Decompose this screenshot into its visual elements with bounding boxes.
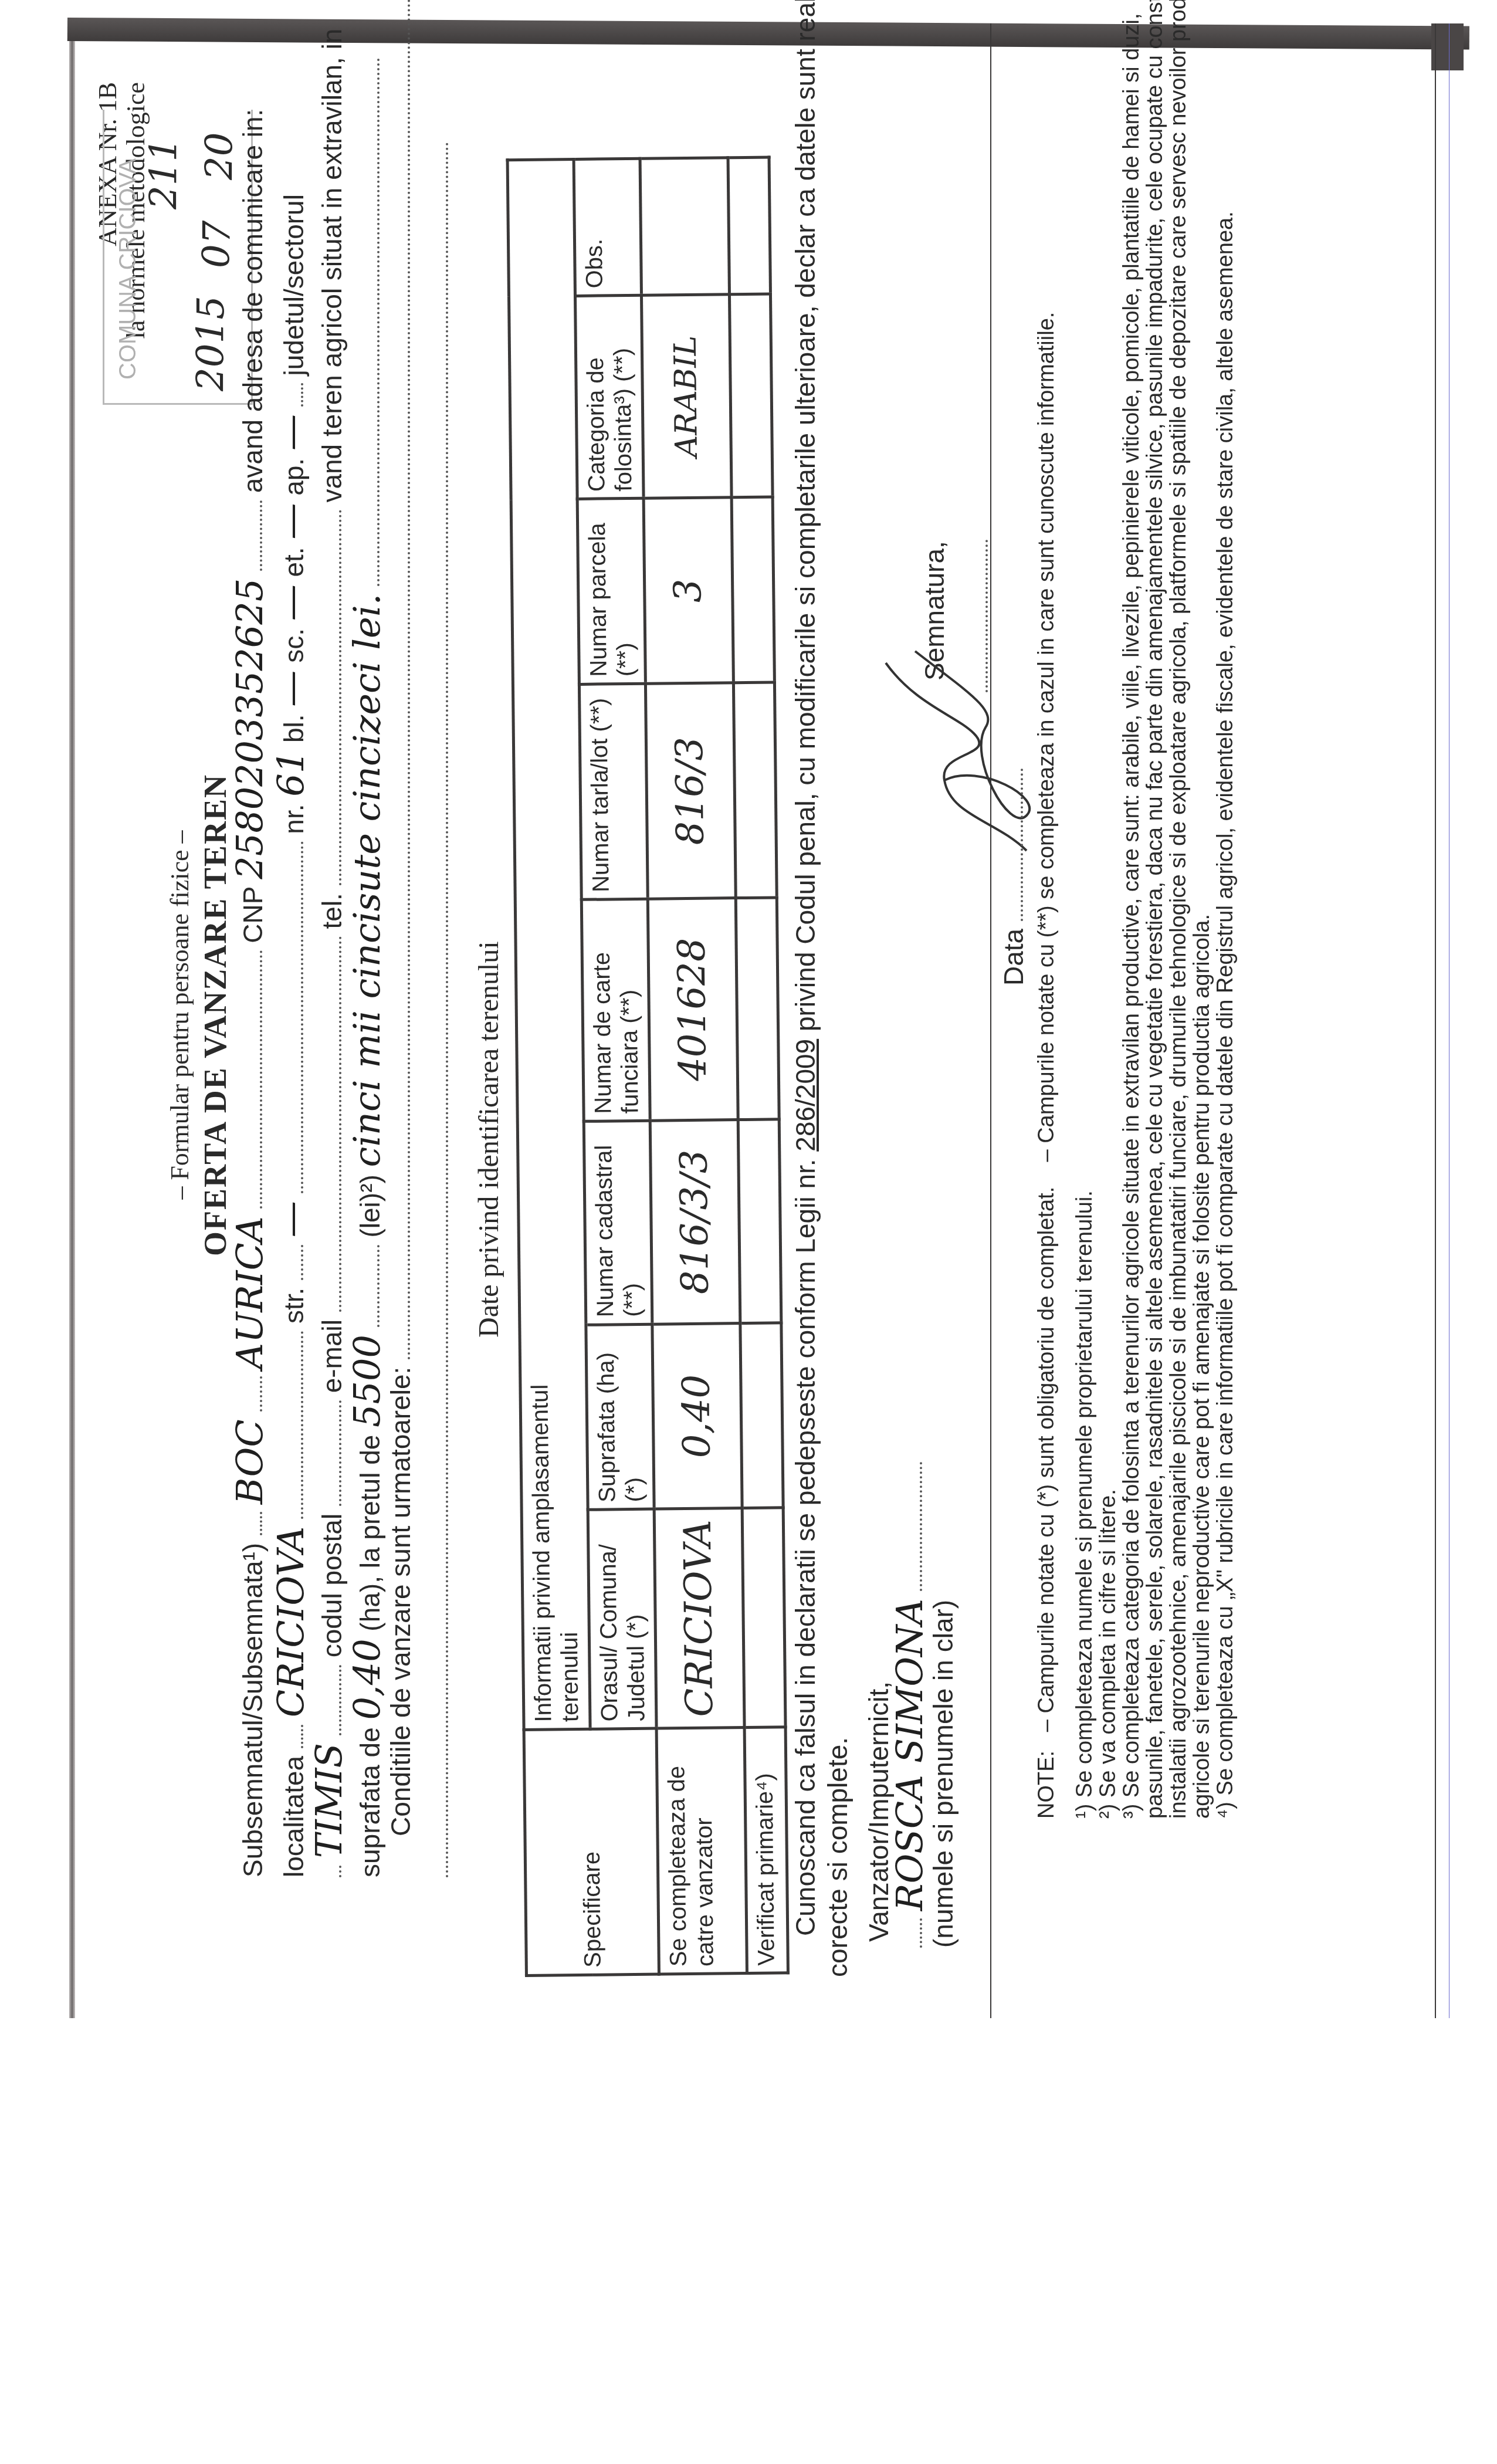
codul-postal-field[interactable] (338, 1400, 341, 1506)
footnote-1: ¹) Se completeaza numele si prenumele pr… (1073, 1190, 1096, 1819)
cell-tarla[interactable] (733, 682, 777, 898)
col-header-parcela: Numar parcela (**) (577, 499, 645, 685)
suprafata-field[interactable]: 0,40 (346, 1639, 388, 1720)
et-label: et. (279, 547, 309, 577)
row-label: Se completeaza de catre vanzator (656, 1727, 747, 1974)
price-field[interactable]: 5500 (346, 1335, 388, 1427)
date-label: Data (998, 929, 1029, 986)
declaration-line-1: Cunoscand ca falsul in declaratii se ped… (792, 0, 819, 1936)
cell-categoria[interactable]: ARABIL (641, 295, 731, 499)
judetul-field[interactable]: TIMIS (307, 1743, 350, 1858)
signature-scribble (880, 645, 1056, 868)
localitatea-label: localitatea (279, 1756, 309, 1877)
cell-carte-funciara[interactable] (736, 898, 779, 1119)
col-header-cadastral: Numar cadastral (**) (584, 1121, 652, 1325)
footnote-4: ⁴) Se completeaza cu „X" rubricile in ca… (1214, 211, 1237, 1819)
form-subtitle: – Formular pentru persoane fizice – (167, 47, 193, 1983)
col-header-specificare: Specificare (524, 1728, 659, 1975)
email-label: e-mail (317, 1319, 347, 1393)
owner-last-name[interactable]: BOC (228, 1419, 271, 1504)
subsemnatul-line: Subsemnatul/Subsemnata¹) BOC AURICA CNP … (232, 109, 268, 1877)
seller-name-hint: (numele si prenumele in clar) (930, 1600, 957, 1948)
sale-offer-form: ANEXA Nr. 1B la normele metodologice COM… (70, 47, 1455, 1983)
table-caption: Date privind identificarea terenului (475, 941, 503, 1338)
note-optional-fields: – Campurile notate cu (**) se completeaz… (1034, 312, 1059, 1162)
footnote-3-cont: agricole si terenurile neproductive care… (1191, 914, 1213, 1819)
county-line: TIMIS codul postal e-mail tel. vand tere… (311, 29, 347, 1877)
judetul-label: judetul/sectorul (279, 194, 309, 375)
codul-postal-label: codul postal (317, 1514, 347, 1658)
conditions-line-2 (425, 141, 452, 1877)
conditions-field[interactable] (407, 0, 410, 1359)
et-field[interactable]: — (269, 503, 312, 540)
str-label: str. (279, 1288, 309, 1324)
cell-parcela[interactable] (731, 497, 774, 682)
col-header-tarla: Numar tarla/lot (**) (579, 683, 648, 899)
seller-name-field[interactable]: ROSCA SIMONA (888, 1599, 931, 1911)
conditions-line: Conditiile de vanzare sunt urmatoarele: (387, 0, 414, 1836)
cell-obs[interactable] (728, 157, 770, 295)
scan-edge-top (67, 18, 1469, 50)
form-title: OFERTA DE VANZARE TEREN (199, 47, 231, 1983)
col-header-obs: Obs. (574, 158, 641, 296)
cell-oras[interactable] (742, 1508, 785, 1727)
area-price-line: suprafata de 0,40 (ha), la pretul de 550… (349, 58, 385, 1877)
date-line: Data (1000, 769, 1027, 986)
col-header-carte-funciara: Numar de carte funciara (**) (581, 899, 650, 1122)
footnote-3: ³) Se completeaza categoria de folosinta… (1120, 13, 1143, 1819)
cell-obs[interactable] (640, 158, 729, 295)
group-header: Informatii privind amplasamentul terenul… (520, 1325, 590, 1729)
price-in-words-field[interactable]: cinci mii cincisute cincizeci lei. (346, 594, 388, 1167)
declaration-text: Cunoscand ca falsul in declaratii se ped… (790, 1159, 821, 1936)
subsemnatul-label: Subsemnatul/Subsemnata¹) (238, 1543, 268, 1877)
nr-label: nr. (279, 804, 309, 834)
declaration-text-cont: privind Codul penal, cu modificarile si … (790, 0, 821, 1031)
land-identification-table: Specificare Informatii privind amplasame… (506, 155, 790, 1977)
note-required-fields: – Campurile notate cu (*) sunt obligator… (1034, 1187, 1059, 1732)
cell-tarla[interactable]: 816/3 (645, 683, 736, 899)
seller-name-line: ROSCA SIMONA (892, 1462, 928, 1948)
footnote-3-cont: pasunile, fanetele, serele, solarele, ra… (1144, 0, 1166, 1819)
cell-oras[interactable]: CRICIOVA (654, 1508, 744, 1728)
suprafata-label: suprafata de (355, 1727, 385, 1877)
tel-label: tel. (317, 893, 347, 929)
law-reference: 286/2009 (790, 1039, 821, 1152)
ha-label: (ha), la pretul de (355, 1435, 385, 1632)
tel-field[interactable] (338, 510, 341, 885)
footnote-2: ²) Se va completa in cifre si litere. (1097, 1489, 1119, 1819)
date-field[interactable] (1020, 769, 1023, 921)
notes-line: NOTE: – Campurile notate cu (*) sunt obl… (1035, 312, 1058, 1819)
nr-field[interactable]: 61 (269, 750, 312, 797)
cell-categoria[interactable] (729, 294, 773, 497)
cell-suprafata[interactable] (740, 1323, 783, 1508)
conditions-label: Conditiile de vanzare sunt urmatoarele: (385, 1367, 416, 1836)
sale-statement: vand teren agricol situat in extravilan,… (317, 29, 347, 503)
cell-cadastral[interactable]: 816/3/3 (650, 1120, 740, 1324)
address-label: avand adresa de comunicare in: (238, 109, 268, 493)
cnp-field[interactable]: 2580203352625 (228, 578, 271, 879)
cnp-label: CNP (238, 886, 268, 943)
cell-cadastral[interactable] (738, 1119, 781, 1323)
declaration-line-2: corecte si complete. (824, 1737, 851, 1977)
stamp-institution: COMUNA CRICIOVA (116, 158, 140, 380)
col-header-oras: Orasul/ Comuna/ Judetul (*) (588, 1509, 656, 1729)
col-header-categoria: Categoria de folosinta³) (**) (575, 295, 643, 499)
cell-carte-funciara[interactable]: 401628 (648, 898, 738, 1121)
bl-field[interactable]: — (269, 671, 312, 707)
str-field[interactable]: — (269, 1201, 312, 1237)
ap-field[interactable]: — (269, 414, 312, 451)
sc-field[interactable]: — (269, 584, 312, 621)
sc-label: sc. (279, 628, 309, 663)
owner-first-name[interactable]: AURICA (228, 1216, 271, 1369)
row-label: Verificat primarie⁴) (744, 1727, 788, 1974)
cell-parcela[interactable]: 3 (643, 497, 733, 683)
notes-title: NOTE: (1034, 1751, 1059, 1819)
email-field[interactable] (338, 936, 341, 1312)
bl-label: bl. (279, 714, 309, 743)
col-header-suprafata: Suprafata (ha) (*) (586, 1324, 654, 1510)
cell-suprafata[interactable]: 0,40 (652, 1323, 742, 1509)
lei-label: (lei)²) (355, 1175, 385, 1237)
footnote-3-cont: instalatii agrozootehnice, amenajarile p… (1167, 0, 1190, 1819)
ap-label: ap. (279, 458, 309, 496)
address-line: localitatea CRICIOVA str. — nr. 61 bl. —… (273, 194, 309, 1877)
localitatea-field[interactable]: CRICIOVA (269, 1527, 312, 1718)
